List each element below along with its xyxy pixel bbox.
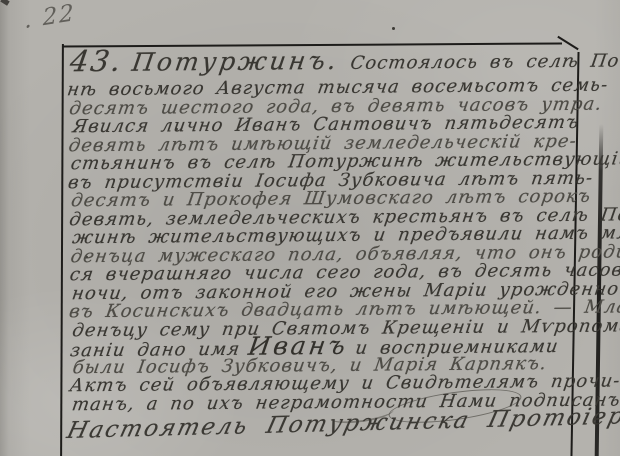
record-number: 43.: [68, 44, 125, 79]
scan-edge-mark: [0, 0, 9, 6]
document-scan: . 22 43.Потуржинъ.Состоялось въ селѣ Пот…: [0, 0, 620, 456]
opening-text: Состоялось въ селѣ Потуржи-: [349, 50, 620, 74]
manuscript-line: 43.Потуржинъ.Состоялось въ селѣ Потуржи-: [68, 45, 620, 78]
record-text-block: 43.Потуржинъ.Состоялось въ селѣ Потуржи-…: [61, 0, 620, 456]
place-heading: Потуржинъ.: [130, 46, 341, 77]
